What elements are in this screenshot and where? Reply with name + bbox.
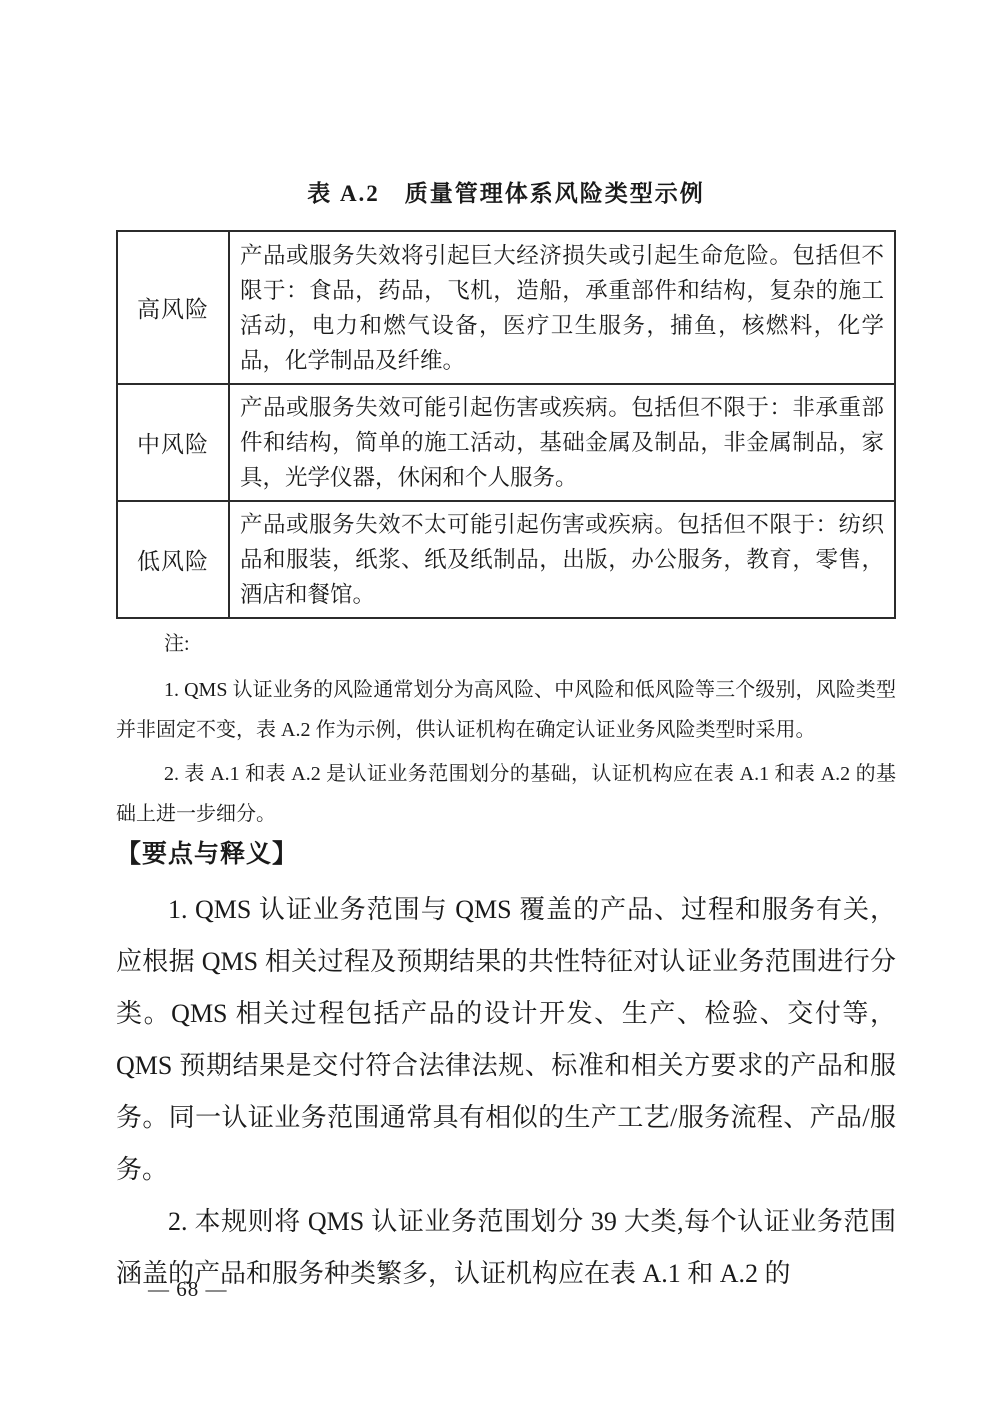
note-item-1: 1. QMS 认证业务的风险通常划分为高风险、中风险和低风险等三个级别，风险类型… (116, 670, 896, 750)
table-caption: 表 A.2 质量管理体系风险类型示例 (116, 178, 896, 209)
section-heading-key-points: 【要点与释义】 (116, 838, 896, 870)
risk-level-cell-high: 高风险 (117, 231, 229, 384)
risk-description-cell-high: 产品或服务失效将引起巨大经济损失或引起生命危险。包括但不限于：食品，药品，飞机，… (229, 231, 895, 384)
risk-description-cell-medium: 产品或服务失效可能引起伤害或疾病。包括但不限于：非承重部件和结构，简单的施工活动… (229, 384, 895, 501)
table-row: 中风险 产品或服务失效可能引起伤害或疾病。包括但不限于：非承重部件和结构，简单的… (117, 384, 895, 501)
risk-level-cell-low: 低风险 (117, 501, 229, 618)
notes-label: 注: (164, 631, 896, 657)
body-paragraph-2: 2. 本规则将 QMS 认证业务范围划分 39 大类,每个认证业务范围涵盖的产品… (116, 1196, 896, 1300)
table-row: 低风险 产品或服务失效不太可能引起伤害或疾病。包括但不限于：纺织品和服装，纸浆、… (117, 501, 895, 618)
note-item-2: 2. 表 A.1 和表 A.2 是认证业务范围划分的基础，认证机构应在表 A.1… (116, 754, 896, 834)
page-number: — 68 — (148, 1276, 228, 1302)
risk-type-table: 高风险 产品或服务失效将引起巨大经济损失或引起生命危险。包括但不限于：食品，药品… (116, 230, 896, 619)
risk-description-cell-low: 产品或服务失效不太可能引起伤害或疾病。包括但不限于：纺织品和服装，纸浆、纸及纸制… (229, 501, 895, 618)
table-notes: 注: 1. QMS 认证业务的风险通常划分为高风险、中风险和低风险等三个级别，风… (116, 631, 896, 834)
document-page: 表 A.2 质量管理体系风险类型示例 高风险 产品或服务失效将引起巨大经济损失或… (0, 0, 1000, 1414)
body-paragraph-1: 1. QMS 认证业务范围与 QMS 覆盖的产品、过程和服务有关，应根据 QMS… (116, 884, 896, 1196)
table-row: 高风险 产品或服务失效将引起巨大经济损失或引起生命危险。包括但不限于：食品，药品… (117, 231, 895, 384)
risk-level-cell-medium: 中风险 (117, 384, 229, 501)
